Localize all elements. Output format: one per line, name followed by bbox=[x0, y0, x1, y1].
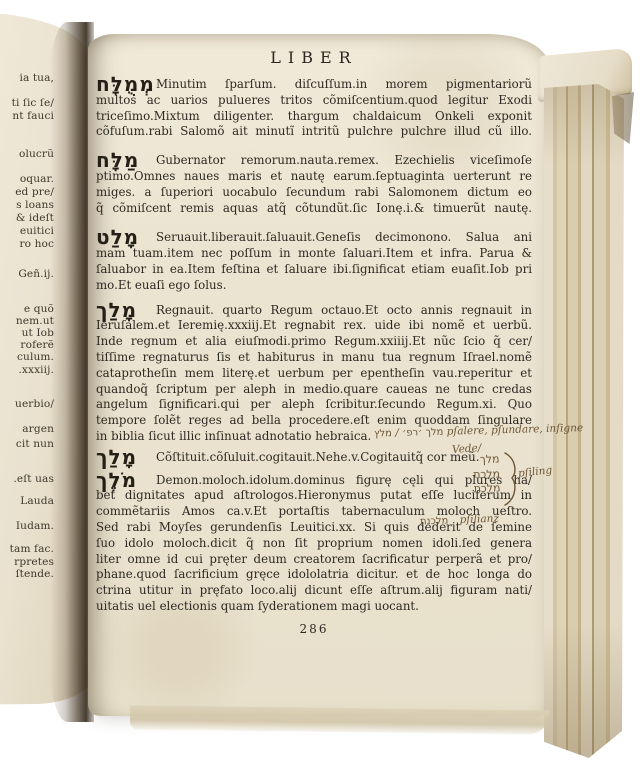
left-page-fragment: e quõ bbox=[0, 303, 54, 315]
text-line: multos ac uarios pulueres tritos cõmiſce… bbox=[96, 93, 532, 109]
entries: מְמֻלָּחMinutim ſparſum. diſcuſſum.in mo… bbox=[96, 77, 532, 615]
left-page-fragment: ro hoc bbox=[0, 238, 54, 250]
text-line: Ieruſalem.et Ieremię.xxxiij.Et regnabit … bbox=[96, 318, 532, 334]
text-line: cataprotheſin mem literę.et uerbum per e… bbox=[96, 366, 532, 382]
text-line: cõfuſum.rabi Salomõ ait minutĩ intritũ p… bbox=[96, 124, 532, 140]
left-page-fragment: argen bbox=[0, 423, 54, 435]
left-page-fragment: cit nun bbox=[0, 438, 54, 450]
left-page-fragment: s loans bbox=[0, 199, 54, 211]
left-page-fragment: .xxxiij. bbox=[0, 364, 54, 376]
dictionary-entry: מָלַךRegnauit. quarto Regum octauo.Et oc… bbox=[96, 303, 532, 445]
margin-note-hebrew: מלץ bbox=[374, 428, 392, 439]
left-page-fragment: Lauda bbox=[0, 495, 54, 507]
text-line: Inde regnum et alia eiuſmodi.primo Regum… bbox=[96, 334, 532, 350]
text-column: LIBER מְמֻלָּחMinutim ſparſum. diſcuſſum… bbox=[96, 42, 532, 636]
left-page-fragment: uerbio/ bbox=[0, 398, 54, 410]
text-line: Seruauit.liberauit.ſaluauit.Geneſis deci… bbox=[96, 230, 532, 246]
page-number: 286 bbox=[96, 622, 532, 636]
bottom-page-edges bbox=[130, 705, 550, 734]
left-page-fragment: oquar. bbox=[0, 173, 54, 185]
photo-backdrop: { "page": { "running_title": "LIBER", "p… bbox=[0, 0, 644, 768]
text-line: miges. a ſuperiori uocabulo ſecundum rab… bbox=[96, 185, 532, 201]
hebrew-headword: מֹלֶך bbox=[96, 473, 156, 485]
left-page-fragment: Geñ.ij. bbox=[0, 268, 54, 280]
text-line: Gubernator remorum.nauta.remex. Ezechiel… bbox=[96, 153, 532, 169]
manuscript-brace bbox=[503, 452, 519, 506]
book-page: LIBER מְמֻלָּחMinutim ſparſum. diſcuſſum… bbox=[88, 34, 548, 716]
left-page-fragment: rpretes bbox=[0, 556, 54, 568]
hebrew-headword: מָלַך bbox=[96, 303, 156, 315]
text-line: ptimo.Omnes naues maris et nautę earum.ſ… bbox=[96, 169, 532, 185]
left-page-fragment: roferẽ bbox=[0, 339, 54, 351]
left-page-fragment: ut Iob bbox=[0, 327, 54, 339]
left-page-fragment: Iudam. bbox=[0, 520, 54, 532]
text-line: ſuo idolo moloch.dicit q̃ non ſit propri… bbox=[96, 536, 532, 552]
hebrew-headword: מָלַך bbox=[96, 450, 156, 462]
margin-note-latin: pſilianz bbox=[459, 513, 499, 526]
text-line: phane.quod ſacrificium gręce idololatria… bbox=[96, 567, 532, 583]
text-line: Regnauit. quarto Regum octauo.Et octo an… bbox=[96, 303, 532, 319]
left-page-fragment: ia tua, bbox=[0, 72, 54, 84]
left-page-fragment: nem.ut bbox=[0, 315, 54, 327]
text-line: liter omne id cui pręter deum creatorem … bbox=[96, 552, 532, 568]
left-page-fragment: euitici bbox=[0, 225, 54, 237]
hebrew-headword: מַלָּח bbox=[96, 153, 156, 165]
left-page-fragment: .eſt uas bbox=[0, 473, 54, 485]
left-page-fragment: ed pre/ bbox=[0, 186, 54, 198]
dictionary-entry: מַלָּחGubernator remorum.nauta.remex. Ez… bbox=[96, 153, 532, 216]
left-page-fragment: & ideſt bbox=[0, 212, 54, 224]
text-line: tiſſime regnaturus ſis et habiturus in m… bbox=[96, 350, 532, 366]
text-line: mam tuam.item nec poſſum in monte ſaluar… bbox=[96, 246, 532, 262]
text-line: uitatis uel electionis quam ſyderationem… bbox=[96, 599, 532, 615]
margin-hebrew-stack: מלךמלכתמלכת bbox=[461, 452, 500, 497]
left-page-fragment: culum. bbox=[0, 351, 54, 363]
dictionary-entry: מָלַטSeruauit.liberauit.ſaluauit.Geneſis… bbox=[96, 230, 532, 293]
margin-note-hebrew: מלכת bbox=[462, 467, 500, 483]
dictionary-entry: מְמֻלָּחMinutim ſparſum. diſcuſſum.in mo… bbox=[96, 77, 532, 140]
hebrew-headword: מָלַט bbox=[96, 230, 156, 242]
text-line: angelum ſignificari.qui per aleph ſcribi… bbox=[96, 397, 532, 413]
left-page-fragment: olucrũ bbox=[0, 148, 54, 160]
left-page-fragment: tam fac. bbox=[0, 543, 54, 555]
margin-note-latin: pſalere, pſundare, inſigne bbox=[447, 422, 584, 438]
text-line: ctrina utitur in pręfato loco.alij dicun… bbox=[96, 583, 532, 599]
margin-note-hebrew: מלכת bbox=[462, 481, 500, 497]
text-line: mo.Et euaſi ego ſolus. bbox=[96, 278, 532, 294]
running-title: LIBER bbox=[96, 48, 532, 67]
margin-note-hebrew: מלך ׳רפ׳ bbox=[402, 427, 444, 439]
margin-note-hebrew: מלכנת bbox=[420, 515, 449, 527]
margin-note-separator: / bbox=[395, 427, 399, 439]
margin-note-hebrew: מלך bbox=[461, 452, 499, 468]
text-line: triceſimo.Mixtum diligenter. thargum cha… bbox=[96, 109, 532, 125]
text-line: quandoq̃ ſcriptum per aleph in medio.qua… bbox=[96, 382, 532, 398]
margin-note-moloch: מלכנת pſilianz bbox=[420, 513, 499, 529]
hebrew-headword: מְמֻלָּח bbox=[96, 77, 156, 89]
left-page-fragment: nt fauci bbox=[0, 110, 54, 122]
left-page-fragment: ti ſic ſe/ bbox=[0, 97, 54, 109]
text-line: Minutim ſparſum. diſcuſſum.in morem pigm… bbox=[96, 77, 532, 93]
left-page-fragment: ſtende. bbox=[0, 568, 54, 580]
left-page-text-fragments: ia tua,ti ſic ſe/nt fauciolucrũoquar.ed … bbox=[0, 0, 54, 768]
text-line: ſaluabor in ea.Item feſtina et ſaluare i… bbox=[96, 262, 532, 278]
text-line: q̃ cõmiſcent remis aquas atq̃ cõtundũt.ſ… bbox=[96, 201, 532, 217]
